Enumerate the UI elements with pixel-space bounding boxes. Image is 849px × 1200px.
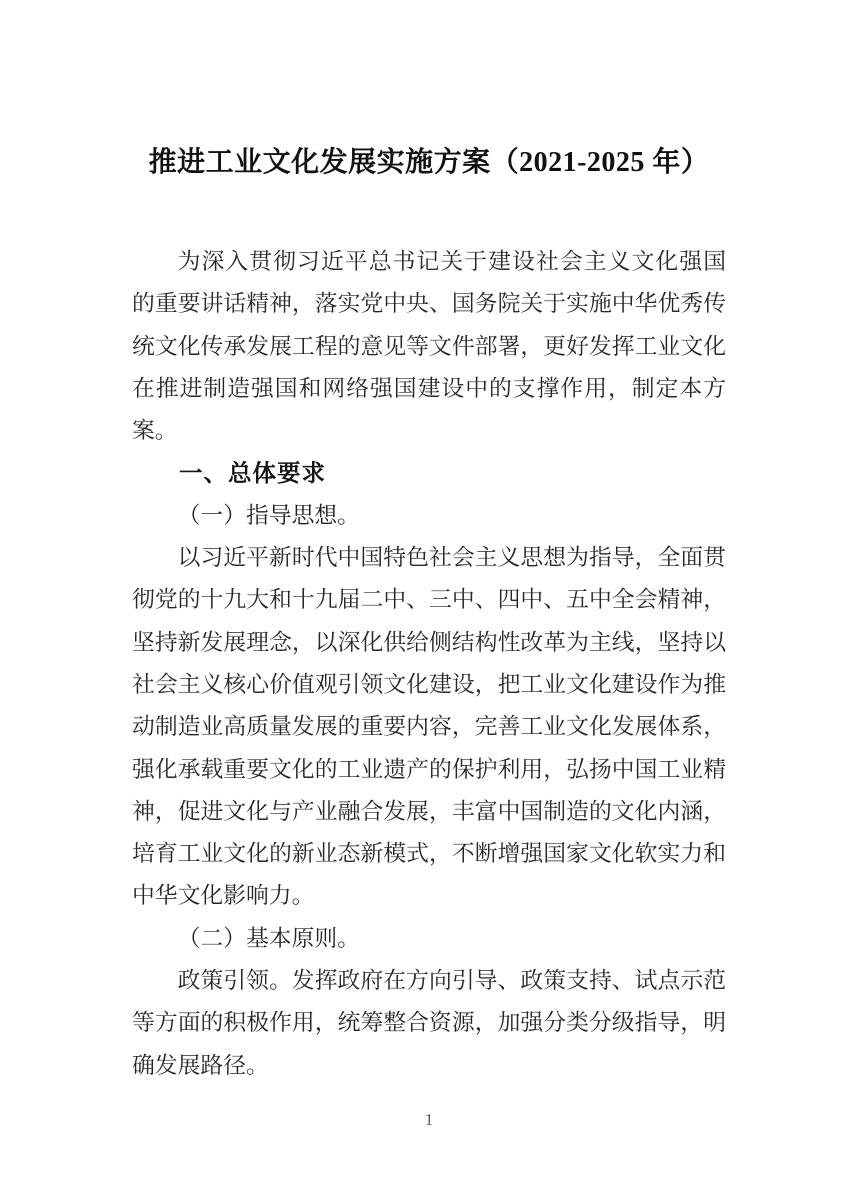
section-heading-1: 一、总体要求 (132, 452, 726, 494)
paragraph-1-line-3: 统文化传承发展工程的意见等文件部署，更好发挥工业文化 (132, 326, 726, 368)
paragraph-1-line-2: 的重要讲话精神，落实党中央、国务院关于实施中华优秀传 (132, 283, 726, 325)
paragraph-1-line-1: 为深入贯彻习近平总书记关于建设社会主义文化强国 (132, 241, 726, 283)
paragraph-2-line-4: 社会主义核心价值观引领文化建设，把工业文化建设作为推 (132, 664, 726, 706)
document-content: 推进工业文化发展实施方案（2021-2025 年） 为深入贯彻习近平总书记关于建… (132, 0, 726, 1130)
paragraph-2-line-9: 中华文化影响力。 (132, 875, 726, 917)
document-title: 推进工业文化发展实施方案（2021-2025 年） (132, 141, 726, 184)
paragraph-1-line-4: 在推进制造强国和网络强国建设中的支撑作用，制定本方 (132, 368, 726, 410)
paragraph-1-line-5: 案。 (132, 410, 726, 452)
paragraph-2-line-3: 坚持新发展理念，以深化供给侧结构性改革为主线，坚持以 (132, 622, 726, 664)
sub-heading-2: （二）基本原则。 (132, 918, 726, 960)
paragraph-3-line-1: 政策引领。发挥政府在方向引导、政策支持、试点示范 (132, 960, 726, 1002)
sub-heading-1: （一）指导思想。 (132, 495, 726, 537)
paragraph-2-line-6: 强化承载重要文化的工业遗产的保护利用，弘扬中国工业精 (132, 749, 726, 791)
document-page: 推进工业文化发展实施方案（2021-2025 年） 为深入贯彻习近平总书记关于建… (0, 0, 849, 1200)
paragraph-3-line-3: 确发展路径。 (132, 1045, 726, 1087)
paragraph-2-line-8: 培育工业文化的新业态新模式，不断增强国家文化软实力和 (132, 833, 726, 875)
paragraph-2-line-5: 动制造业高质量发展的重要内容，完善工业文化发展体系， (132, 706, 726, 748)
paragraph-3-line-2: 等方面的积极作用，统筹整合资源，加强分类分级指导，明 (132, 1002, 726, 1044)
paragraph-2-line-7: 神，促进文化与产业融合发展，丰富中国制造的文化内涵， (132, 791, 726, 833)
paragraph-2-line-1: 以习近平新时代中国特色社会主义思想为指导，全面贯 (132, 537, 726, 579)
paragraph-2-line-2: 彻党的十九大和十九届二中、三中、四中、五中全会精神， (132, 579, 726, 621)
page-number: 1 (132, 1110, 726, 1130)
